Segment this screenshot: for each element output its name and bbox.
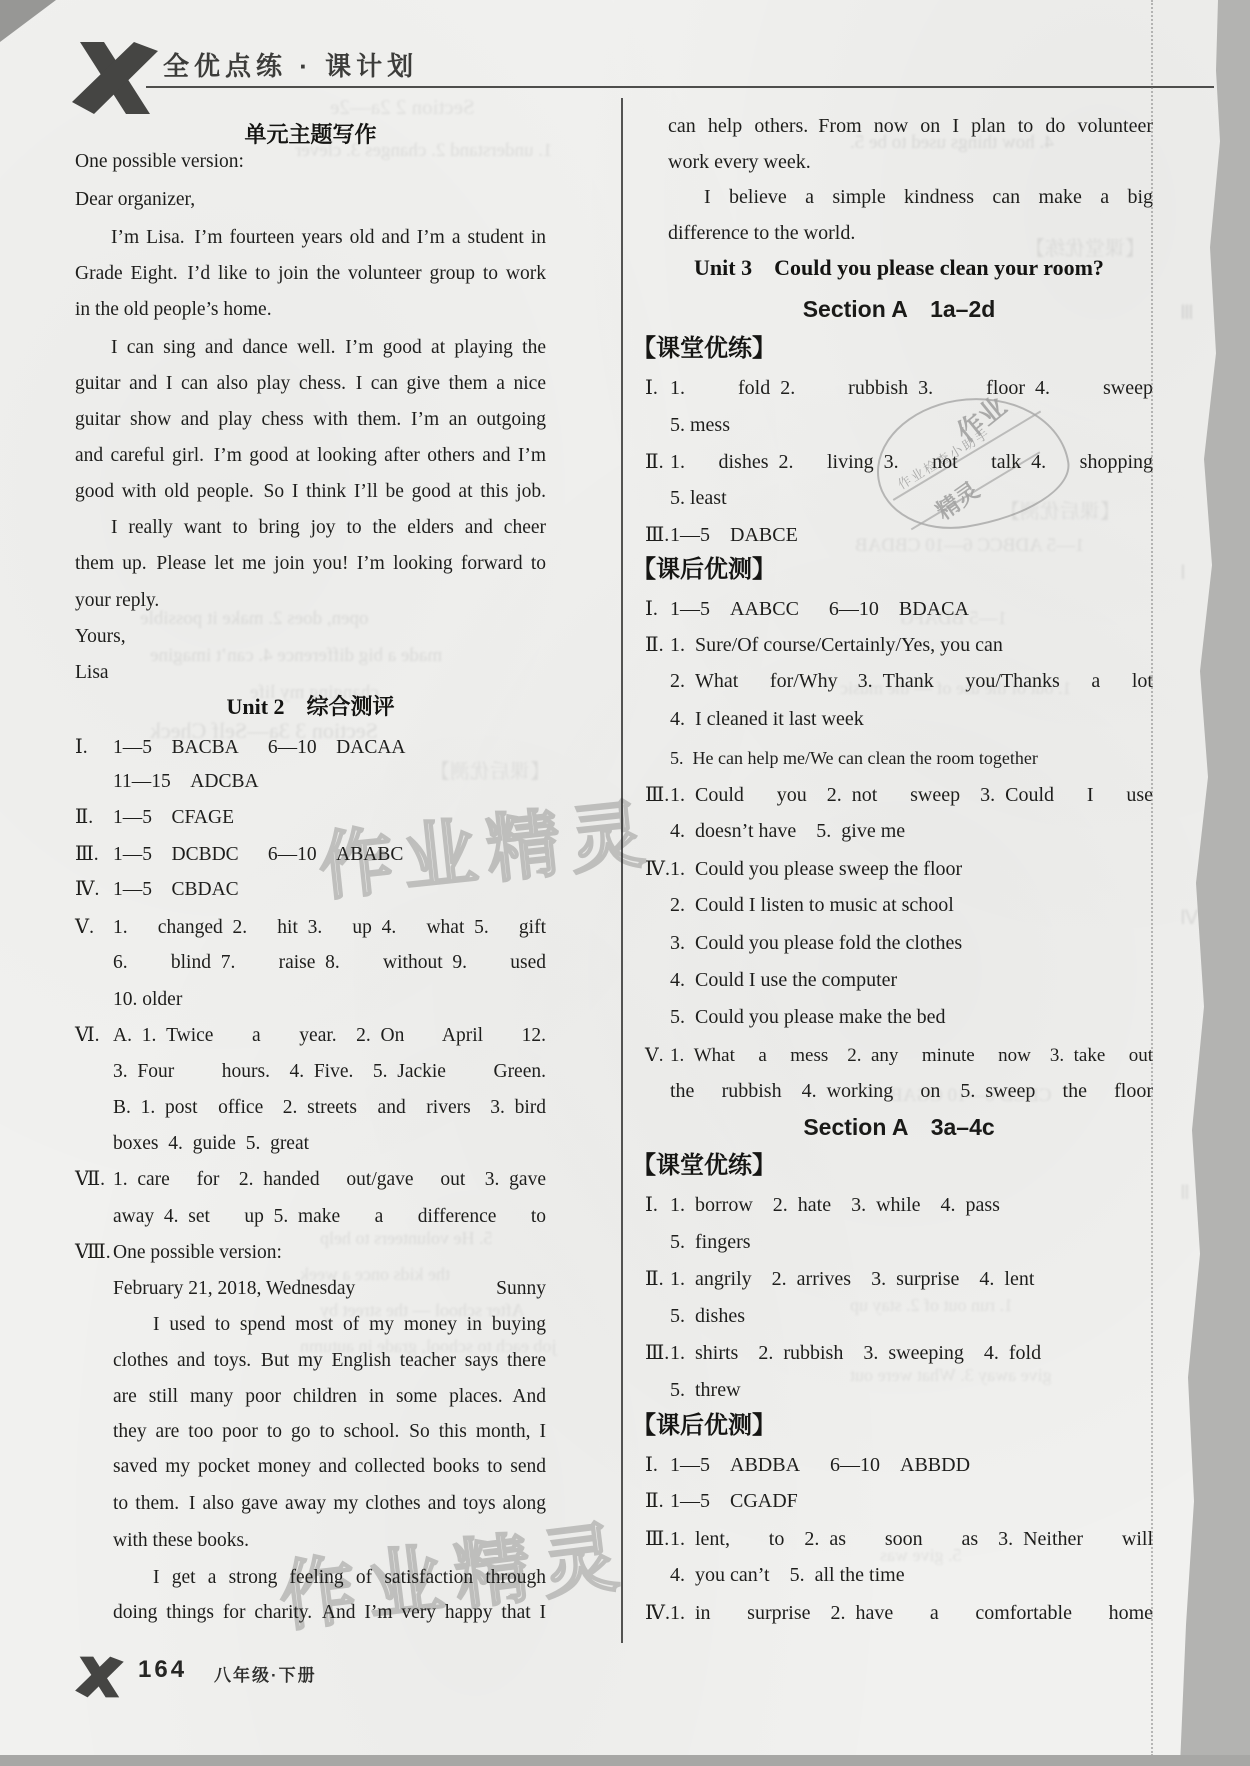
unit-heading: Unit 3 Could you please clean your room?: [645, 249, 1153, 286]
text-line: away 4. set up 5. make a difference to: [113, 1198, 546, 1235]
text-line: guitar and I can also play chess. I can …: [75, 365, 546, 402]
ghost-text: Ⅳ: [1180, 905, 1198, 930]
roman-numeral-label: Ⅱ.: [645, 444, 664, 481]
roman-numeral-label: Ⅰ.: [75, 729, 88, 766]
section-heading: Section A 3a–4c: [645, 1109, 1153, 1146]
roman-numeral-label: Ⅱ.: [75, 799, 93, 836]
text-line: I’m Lisa. I’m fourteen years old and I’m…: [75, 219, 546, 256]
roman-numeral-label: Ⅲ.: [645, 517, 669, 554]
text-line: 5. dishes: [670, 1298, 1153, 1335]
book-volume-label: 八年级·下册: [214, 1661, 317, 1686]
roman-numeral-label: Ⅵ.: [75, 1017, 100, 1054]
text-line: your reply.: [75, 582, 546, 619]
text-line: guitar show and play chess with them. I’…: [75, 401, 546, 438]
text-line: Ⅰ.1. borrow 2. hate 3. while 4. pass: [670, 1187, 1153, 1224]
roman-numeral-label: Ⅰ.: [645, 1187, 658, 1224]
text-line: 4. you can’t 5. all the time: [670, 1557, 1153, 1594]
text-line: 4. Could I use the computer: [670, 962, 1153, 999]
ghost-text: Ⅲ: [1180, 300, 1194, 325]
text-line: 4. doesn’t have 5. give me: [670, 813, 1153, 850]
left-column: 单元主题写作One possible version:Dear organize…: [75, 0, 546, 1766]
text-line: Ⅲ.1—5 DCBDC 6—10 ABABC: [113, 836, 546, 873]
roman-numeral-label: Ⅰ.: [645, 1447, 658, 1484]
text-line: Ⅱ.1. dishes 2. living 3. not talk 4. sho…: [670, 444, 1153, 481]
text-line: I get a strong feeling of satisfaction t…: [113, 1559, 546, 1596]
text-line: 2. Could I listen to music at school: [670, 887, 1153, 924]
section-heading: Section A 1a–2d: [645, 291, 1153, 328]
roman-numeral-label: Ⅴ.: [645, 1037, 663, 1074]
text-line: One possible version:: [75, 143, 546, 180]
text-line: I can sing and dance well. I’m good at p…: [75, 329, 546, 366]
roman-numeral-label: Ⅲ.: [75, 836, 99, 873]
text-line: Yours,: [75, 618, 546, 655]
text-line: saved my pocket money and collected book…: [113, 1448, 546, 1485]
diary-date: February 21, 2018, Wednesday: [113, 1270, 355, 1307]
text-line: Ⅱ.1—5 CGADF: [670, 1483, 1153, 1520]
text-line: Ⅳ.1. Could you please sweep the floor: [670, 851, 1153, 888]
text-line: good with old people. So I think I’ll be…: [75, 473, 546, 510]
text-line: 5. fingers: [670, 1224, 1153, 1261]
roman-numeral-label: Ⅰ.: [645, 370, 658, 407]
roman-numeral-label: Ⅱ.: [645, 1483, 664, 1520]
text-line: can help others. From now on I plan to d…: [668, 108, 1153, 145]
text-line: Grade Eight. I’d like to join the volunt…: [75, 255, 546, 292]
bracket-heading: 【课后优测】: [632, 1407, 776, 1444]
text-line: 11—15 ADCBA: [113, 763, 546, 800]
text-line: 2. What for/Why 3. Thank you/Thanks a lo…: [670, 663, 1153, 700]
diary-weather: Sunny: [496, 1270, 546, 1307]
text-line: 5. Could you please make the bed: [670, 999, 1153, 1036]
roman-numeral-label: Ⅲ.: [645, 1335, 669, 1372]
text-line: and careful girl. I’m good at looking af…: [75, 437, 546, 474]
text-line: Ⅰ.1—5 BACBA 6—10 DACAA: [113, 729, 546, 766]
text-line: Ⅲ.1. Could you 2. not sweep 3. Could I u…: [670, 777, 1153, 814]
page-corner-shadow: [0, 0, 56, 42]
bracket-heading: 【课堂优练】: [632, 330, 776, 367]
text-line: 4. I cleaned it last week: [670, 701, 1153, 738]
text-line: 5. threw: [670, 1372, 1153, 1409]
text-line: with these books.: [113, 1522, 546, 1559]
torn-page-edge: [1172, 0, 1250, 1766]
roman-numeral-label: Ⅱ.: [645, 1261, 664, 1298]
text-line: 5. He can help me/We can clean the room …: [670, 740, 1153, 777]
right-column: can help others. From now on I plan to d…: [645, 0, 1153, 1766]
roman-numeral-label: Ⅱ.: [645, 627, 664, 664]
text-line: February 21, 2018, WednesdaySunny: [113, 1270, 546, 1307]
roman-numeral-label: Ⅰ.: [645, 591, 658, 628]
text-line: 3. Four hours. 4. Five. 5. Jackie Green.: [113, 1053, 546, 1090]
text-line: in the old people’s home.: [75, 291, 546, 328]
roman-numeral-label: Ⅳ.: [645, 851, 670, 888]
roman-numeral-label: Ⅶ.: [75, 1161, 105, 1198]
text-line: Ⅰ.1—5 AABCC 6—10 BDACA: [670, 591, 1153, 628]
text-line: Ⅴ.1. changed 2. hit 3. up 4. what 5. gif…: [113, 909, 546, 946]
text-line: boxes 4. guide 5. great: [113, 1125, 546, 1162]
text-line: Ⅱ.1. angrily 2. arrives 3. surprise 4. l…: [670, 1261, 1153, 1298]
text-line: 5. least: [670, 480, 1153, 517]
unit-heading: Unit 2 综合测评: [75, 688, 546, 725]
text-line: Ⅲ.1. shirts 2. rubbish 3. sweeping 4. fo…: [670, 1335, 1153, 1372]
bracket-heading: 【课堂优练】: [632, 1147, 776, 1184]
roman-numeral-label: Ⅴ.: [75, 909, 94, 946]
text-line: 10. older: [113, 981, 546, 1018]
column-divider: [621, 98, 623, 1643]
text-line: 3. Could you please fold the clothes: [670, 925, 1153, 962]
roman-numeral-label: Ⅷ.: [75, 1234, 111, 1271]
page-number: 164: [138, 1656, 187, 1684]
roman-numeral-label: Ⅳ.: [75, 871, 99, 908]
ghost-text: Ⅰ: [1180, 560, 1186, 585]
text-line: they are too poor to go to school. So th…: [113, 1413, 546, 1450]
text-line: doing things for charity. And I’m very h…: [113, 1594, 546, 1631]
brand-x-logo-small: [74, 1656, 126, 1698]
text-line: Ⅶ.1. care for 2. handed out/gave out 3. …: [113, 1161, 546, 1198]
roman-numeral-label: Ⅲ.: [645, 1521, 669, 1558]
text-line: Lisa: [75, 654, 546, 691]
text-line: I really want to bring joy to the elders…: [75, 509, 546, 546]
roman-numeral-label: Ⅳ.: [645, 1595, 670, 1632]
text-line: Ⅲ.1. lent, to 2. as soon as 3. Neither w…: [670, 1521, 1153, 1558]
text-line: Dear organizer,: [75, 181, 546, 218]
text-line: Ⅰ.1—5 ABDBA 6—10 ABBDD: [670, 1447, 1153, 1484]
text-line: I believe a simple kindness can make a b…: [668, 179, 1153, 216]
text-line: Ⅱ.1—5 CFAGE: [113, 799, 546, 836]
text-line: I used to spend most of my money in buyi…: [113, 1306, 546, 1343]
roman-numeral-label: Ⅲ.: [645, 777, 669, 814]
text-line: clothes and toys. But my English teacher…: [113, 1342, 546, 1379]
scan-bottom-edge: [0, 1755, 1250, 1766]
text-line: the rubbish 4. working on 5. sweep the f…: [670, 1073, 1153, 1110]
text-line: them up. Please let me join you! I’m loo…: [75, 545, 546, 582]
text-line: work every week.: [668, 144, 1153, 181]
text-line: B. 1. post office 2. streets and rivers …: [113, 1089, 546, 1126]
text-line: Ⅰ.1. fold 2. rubbish 3. floor 4. sweep: [670, 370, 1153, 407]
text-line: are still many poor children in some pla…: [113, 1378, 546, 1415]
text-line: 6. blind 7. raise 8. without 9. used: [113, 944, 546, 981]
text-line: difference to the world.: [668, 215, 1153, 252]
bracket-heading: 【课后优测】: [632, 551, 776, 588]
ghost-text: Ⅱ: [1180, 1180, 1190, 1205]
text-line: Ⅳ.1. in surprise 2. have a comfortable h…: [670, 1595, 1153, 1632]
text-line: Ⅱ.1. Sure/Of course/Certainly/Yes, you c…: [670, 627, 1153, 664]
text-line: Ⅵ.A. 1. Twice a year. 2. On April 12.: [113, 1017, 546, 1054]
text-line: 5. mess: [670, 407, 1153, 444]
text-line: to them. I also gave away my clothes and…: [113, 1485, 546, 1522]
text-line: Ⅳ.1—5 CBDAC: [113, 871, 546, 908]
fold-line: [1151, 0, 1153, 1756]
text-line: Ⅷ.One possible version:: [113, 1234, 546, 1271]
text-line: Ⅲ.1—5 DABCE: [670, 517, 1153, 554]
text-line: Ⅴ.1. What a mess 2. any minute now 3. ta…: [670, 1037, 1153, 1074]
